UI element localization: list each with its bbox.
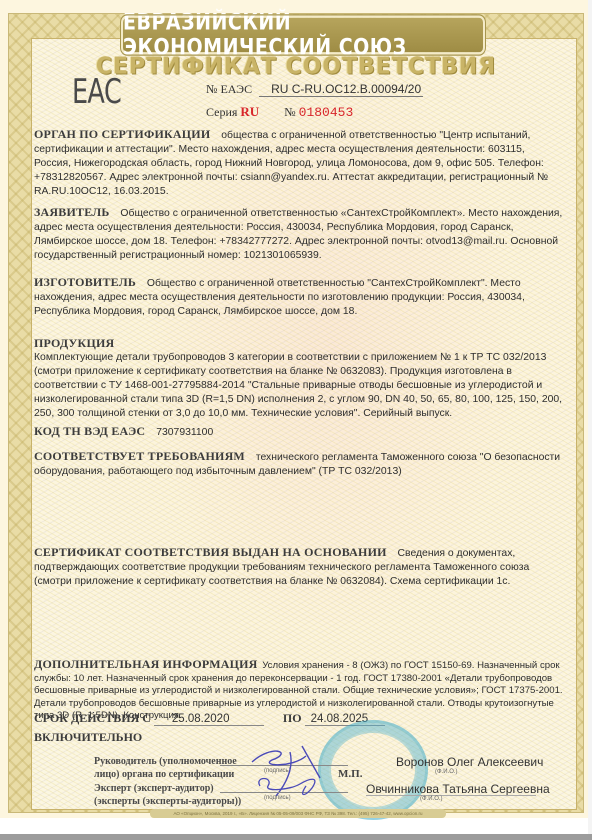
- page-margin: [588, 0, 592, 834]
- manufacturer-label: ИЗГОТОВИТЕЛЬ: [34, 275, 136, 289]
- number-value: 0180453: [299, 105, 354, 120]
- head-label: Руководитель (уполномоченное лицо) орган…: [94, 755, 237, 781]
- validity-to-label: ПО: [283, 711, 302, 725]
- product-section: ПРОДУКЦИЯ Комплектующие детали трубопров…: [34, 337, 564, 420]
- validity-from-label: СРОК ДЕЙСТВИЯ С: [34, 711, 151, 725]
- print-info: АО «Опцион», Москва, 2019 г., «Б». Лицен…: [150, 809, 446, 818]
- expert-label-line-1: Эксперт (эксперт-аудитор): [94, 782, 241, 795]
- applicant-label: ЗАЯВИТЕЛЬ: [34, 205, 110, 219]
- head-label-line-1: Руководитель (уполномоченное: [94, 755, 237, 768]
- scan-bottom-edge: [0, 834, 592, 840]
- hs-code-label: КОД ТН ВЭД ЕАЭС: [34, 424, 145, 438]
- head-name: Воронов Олег Алексеевич: [396, 755, 543, 769]
- expert-name: Овчинникова Татьяна Сергеевна: [366, 782, 550, 796]
- series-value: RU: [240, 104, 259, 119]
- registration-value: RU C-RU.OC12.B.00094/20: [259, 82, 423, 97]
- series-number: Серия RU № 0180453: [206, 104, 353, 120]
- eac-logo-icon: ЕАС: [72, 72, 121, 112]
- product-label: ПРОДУКЦИЯ: [34, 337, 556, 351]
- basis-label: СЕРТИФИКАТ СООТВЕТСТВИЯ ВЫДАН НА ОСНОВАН…: [34, 545, 387, 559]
- applicant-section: ЗАЯВИТЕЛЬ Общество с ограниченной ответс…: [34, 206, 564, 263]
- validity-from-date: 25.08.2020: [154, 713, 264, 726]
- expert-label: Эксперт (эксперт-аудитор) (эксперты (экс…: [94, 782, 241, 808]
- stamp-label: М.П.: [338, 768, 362, 780]
- head-name-caption: (Ф.И.О.): [435, 769, 458, 775]
- certification-body-section: ОРГАН ПО СЕРТИФИКАЦИИ общества с огранич…: [34, 128, 564, 199]
- certification-body-label: ОРГАН ПО СЕРТИФИКАЦИИ: [34, 127, 210, 141]
- number-label: №: [284, 105, 295, 119]
- conformity-section: СООТВЕТСТВУЕТ ТРЕБОВАНИЯМ технического р…: [34, 450, 564, 479]
- certificate-sheet: ЕВРАЗИЙСКИЙ ЭКОНОМИЧЕСКИЙ СОЮЗ СЕРТИФИКА…: [0, 0, 588, 818]
- hs-code-section: КОД ТН ВЭД ЕАЭС 7307931100: [34, 425, 564, 440]
- basis-section: СЕРТИФИКАТ СООТВЕТСТВИЯ ВЫДАН НА ОСНОВАН…: [34, 546, 564, 589]
- conformity-label: СООТВЕТСТВУЕТ ТРЕБОВАНИЯМ: [34, 449, 245, 463]
- series-label: Серия: [206, 105, 237, 119]
- registration-label: № ЕАЭС: [206, 82, 252, 96]
- hs-code-value: 7307931100: [156, 427, 213, 438]
- registration-number: № ЕАЭС RU C-RU.OC12.B.00094/20: [206, 82, 423, 97]
- expert-label-line-2: (эксперты (эксперты-аудиторы)): [94, 795, 241, 808]
- manufacturer-section: ИЗГОТОВИТЕЛЬ Общество с ограниченной отв…: [34, 276, 564, 319]
- union-banner: ЕВРАЗИЙСКИЙ ЭКОНОМИЧЕСКИЙ СОЮЗ: [121, 15, 485, 54]
- head-label-line-2: лицо) органа по сертификации: [94, 768, 237, 781]
- expert-name-line: [366, 795, 536, 796]
- expert-signature-icon: [250, 772, 340, 802]
- expert-name-caption: (Ф.И.О.): [420, 796, 443, 802]
- product-text: Комплектующие детали трубопроводов 3 кат…: [34, 351, 564, 421]
- applicant-text: Общество с ограниченной ответственностью…: [34, 208, 562, 261]
- additional-info-label: ДОПОЛНИТЕЛЬНАЯ ИНФОРМАЦИЯ: [34, 657, 258, 671]
